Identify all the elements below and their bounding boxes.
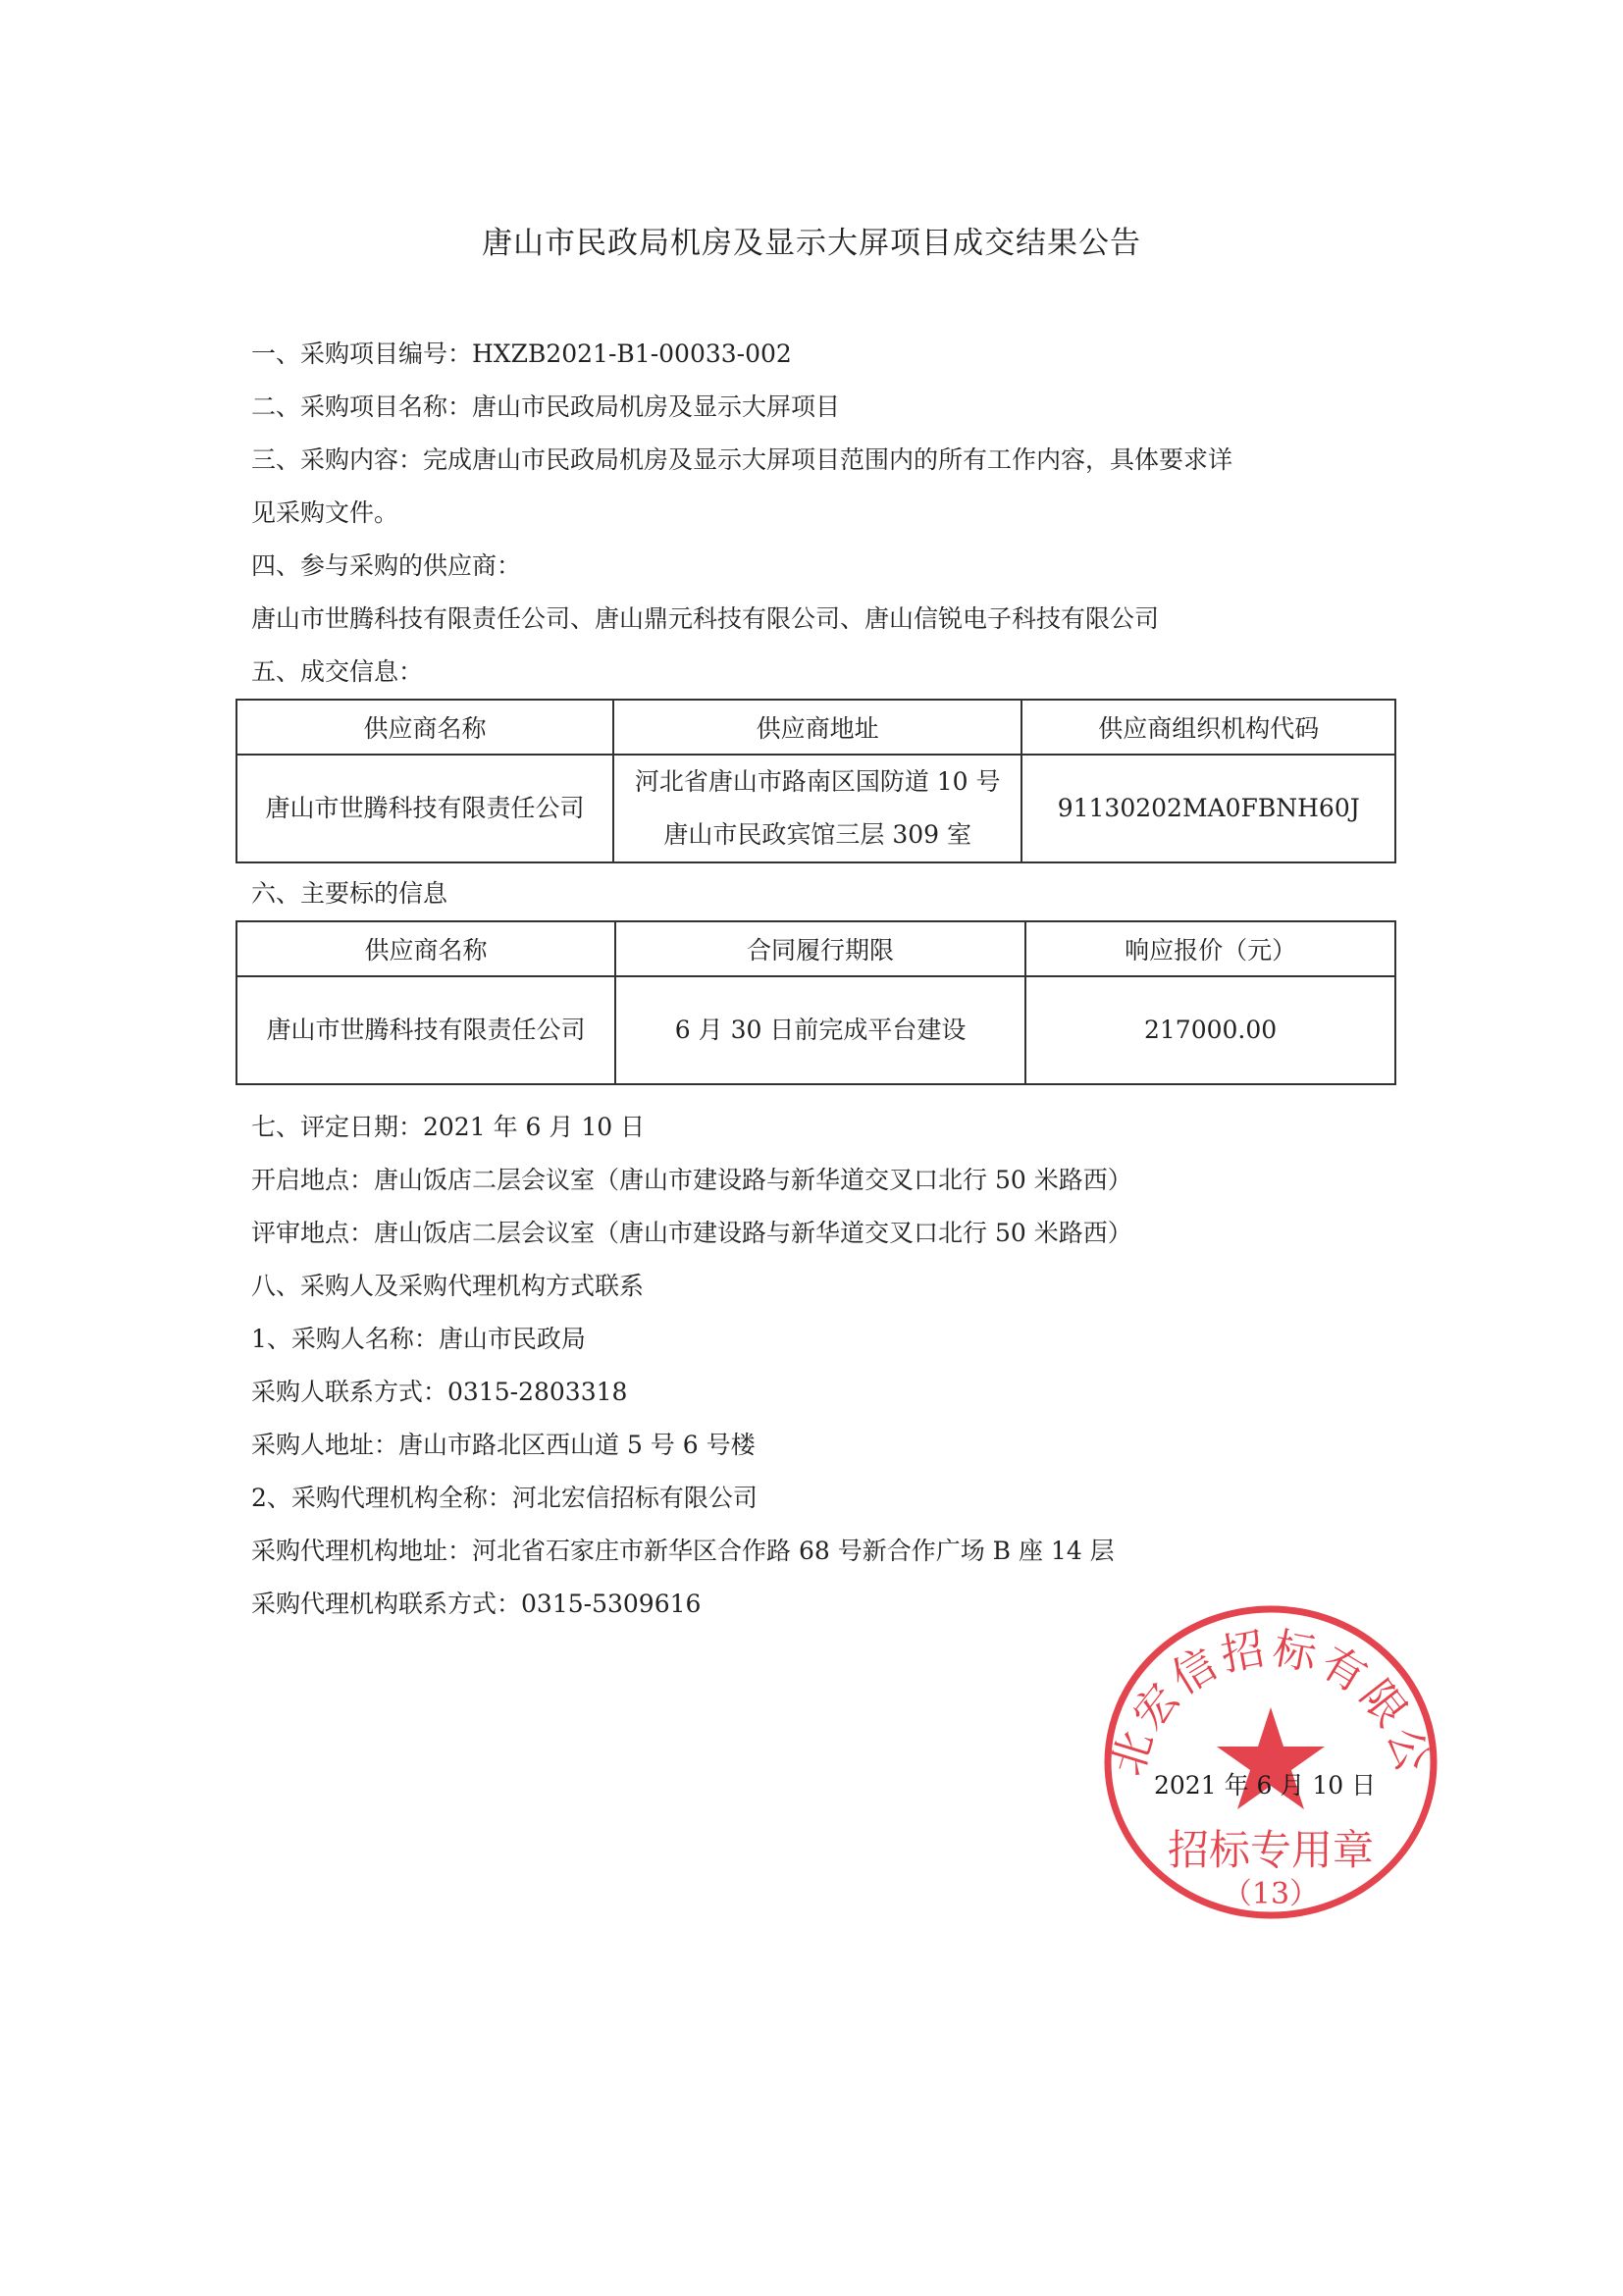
signature-date: 2021 年 6 月 10 日 bbox=[1154, 1766, 1376, 1801]
document-title: 唐山市民政局机房及显示大屏项目成交结果公告 bbox=[0, 218, 1623, 262]
header-supplier-address: 供应商地址 bbox=[613, 700, 1022, 755]
cell-supplier-name: 唐山市世腾科技有限责任公司 bbox=[236, 976, 615, 1084]
stamp-number: （13） bbox=[1223, 1877, 1319, 1911]
review-date: 七、评定日期：2021 年 6 月 10 日 bbox=[251, 1113, 645, 1142]
agency-address: 采购代理机构地址：河北省石家庄市新华区合作路 68 号新合作广场 B 座 14 … bbox=[251, 1537, 1115, 1566]
cell-quoted-price: 217000.00 bbox=[1025, 976, 1395, 1084]
header-supplier-name: 供应商名称 bbox=[236, 921, 615, 976]
stamp-bottom-text: 招标专用章 bbox=[1168, 1826, 1374, 1874]
table-row: 唐山市世腾科技有限责任公司 河北省唐山市路南区国防道 10 号唐山市民政宾馆三层… bbox=[236, 755, 1395, 862]
header-org-code: 供应商组织机构代码 bbox=[1021, 700, 1395, 755]
purchaser-address: 采购人地址：唐山市路北区西山道 5 号 6 号楼 bbox=[251, 1431, 756, 1460]
suppliers-list: 唐山市世腾科技有限责任公司、唐山鼎元科技有限公司、唐山信锐电子科技有限公司 bbox=[251, 604, 1159, 634]
cell-contract-period: 6 月 30 日前完成平台建设 bbox=[615, 976, 1025, 1084]
content-line-2: 见采购文件。 bbox=[251, 498, 398, 528]
opening-place: 开启地点：唐山饭店二层会议室（唐山市建设路与新华道交叉口北行 50 米路西） bbox=[251, 1166, 1132, 1195]
header-supplier-name: 供应商名称 bbox=[236, 700, 613, 755]
table-header-row: 供应商名称 合同履行期限 响应报价（元） bbox=[236, 921, 1395, 976]
agency-contact: 采购代理机构联系方式：0315-5309616 bbox=[251, 1590, 701, 1619]
cell-supplier-name: 唐山市世腾科技有限责任公司 bbox=[236, 755, 613, 862]
agency-name: 2、采购代理机构全称：河北宏信招标有限公司 bbox=[251, 1484, 758, 1513]
deal-info-table: 供应商名称 供应商地址 供应商组织机构代码 唐山市世腾科技有限责任公司 河北省唐… bbox=[236, 699, 1396, 863]
contact-heading: 八、采购人及采购代理机构方式联系 bbox=[251, 1272, 644, 1301]
cell-org-code: 91130202MA0FBNH60J bbox=[1021, 755, 1395, 862]
project-code: 一、采购项目编号：HXZB2021-B1-00033-002 bbox=[251, 339, 792, 369]
table-header-row: 供应商名称 供应商地址 供应商组织机构代码 bbox=[236, 700, 1395, 755]
header-quoted-price: 响应报价（元） bbox=[1025, 921, 1395, 976]
main-subject-table: 供应商名称 合同履行期限 响应报价（元） 唐山市世腾科技有限责任公司 6 月 3… bbox=[236, 920, 1396, 1085]
official-seal-stamp: 河北宏信招标有限公司 招标专用章 （13） bbox=[1094, 1597, 1447, 1921]
content-line-1: 三、采购内容：完成唐山市民政局机房及显示大屏项目范围内的所有工作内容，具体要求详 bbox=[251, 445, 1232, 475]
header-contract-period: 合同履行期限 bbox=[615, 921, 1025, 976]
project-name: 二、采购项目名称：唐山市民政局机房及显示大屏项目 bbox=[251, 392, 840, 422]
main-subject-heading: 六、主要标的信息 bbox=[251, 879, 447, 909]
cell-supplier-address: 河北省唐山市路南区国防道 10 号唐山市民政宾馆三层 309 室 bbox=[613, 755, 1022, 862]
purchaser-contact: 采购人联系方式：0315-2803318 bbox=[251, 1378, 627, 1407]
review-place: 评审地点：唐山饭店二层会议室（唐山市建设路与新华道交叉口北行 50 米路西） bbox=[251, 1219, 1132, 1248]
table-row: 唐山市世腾科技有限责任公司 6 月 30 日前完成平台建设 217000.00 bbox=[236, 976, 1395, 1084]
deal-info-heading: 五、成交信息： bbox=[251, 657, 423, 687]
purchaser-name: 1、采购人名称：唐山市民政局 bbox=[251, 1325, 586, 1354]
suppliers-heading: 四、参与采购的供应商： bbox=[251, 551, 521, 581]
